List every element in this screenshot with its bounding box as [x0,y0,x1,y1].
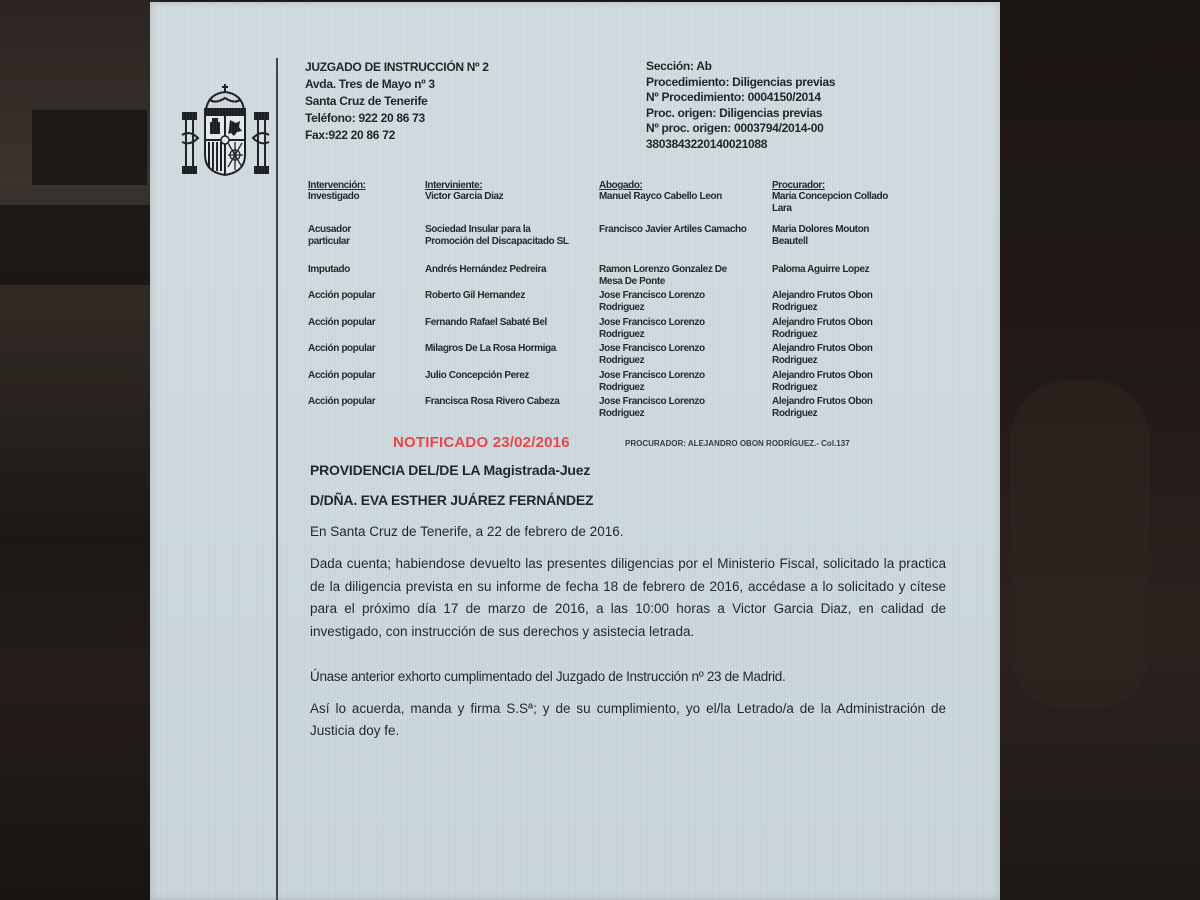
cell-abogado: Manuel Rayco Cabello Leon [599,191,772,214]
cell-intervencion: Acción popular [308,317,425,340]
parties-table-header: Intervención: Interviniente: Abogado: Pr… [308,180,908,192]
cell-interviniente: Roberto Gil Hernandez [425,290,599,313]
parties-table-row: Acción popularFernando Rafael Sabaté Bel… [308,317,892,340]
cell-interviniente: Victor Garcia Diaz [425,191,599,214]
column-header-intervencion: Intervención: [308,180,366,191]
background-right [1000,0,1200,900]
cell-intervencion: Imputado [308,264,425,287]
procurador-stamp: PROCURADOR: ALEJANDRO OBON RODRÍGUEZ.- C… [625,439,850,448]
cell-abogado: Jose Francisco Lorenzo Rodriguez [599,370,772,393]
cell-intervencion: Acción popular [308,396,425,419]
providencia-title: PROVIDENCIA DEL/DE LA Magistrada-Juez [310,462,590,478]
cell-procurador: Maria Dolores Mouton Beautell [772,224,892,247]
parties-table-row: Acción popularFrancisca Rosa Rivero Cabe… [308,396,892,419]
notified-stamp: NOTIFICADO 23/02/2016 [393,434,570,451]
parties-table-row: Acusador particularSociedad Insular para… [308,224,892,247]
cell-abogado: Francisco Javier Artiles Camacho [599,224,772,247]
paragraph-exhorto: Únase anterior exhorto cumplimentado del… [310,669,785,684]
margin-rule [276,58,278,900]
place-date: En Santa Cruz de Tenerife, a 22 de febre… [310,524,623,539]
case-procedure: Procedimiento: Diligencias previas [646,75,835,91]
background-shelf [0,205,160,285]
column-header-abogado: Abogado: [599,180,642,191]
case-info-block: Sección: Ab Procedimiento: Diligencias p… [646,59,835,152]
cell-abogado: Jose Francisco Lorenzo Rodriguez [599,396,772,419]
paragraph-closing: Así lo acuerda, manda y firma S.Sª; y de… [310,698,946,742]
cell-intervencion: Acusador particular [308,224,378,247]
cell-abogado: Jose Francisco Lorenzo Rodriguez [599,290,772,313]
cell-procurador: Alejandro Frutos Obon Rodriguez [772,370,892,393]
court-fax: Fax:922 20 86 72 [305,127,489,144]
column-header-procurador: Procurador: [772,180,825,191]
paragraph-citation: Dada cuenta; habiendose devuelto las pre… [310,553,946,643]
parties-table-row: Acción popularJulio Concepción PerezJose… [308,370,892,393]
court-address-block: JUZGADO DE INSTRUCCIÓN Nº 2 Avda. Tres d… [305,59,489,144]
column-header-interviniente: Interviniente: [425,180,482,191]
cell-interviniente: Milagros De La Rosa Hormiga [425,343,599,366]
parties-table-row: Acción popularRoberto Gil HernandezJose … [308,290,892,313]
cell-abogado: Jose Francisco Lorenzo Rodriguez [599,317,772,340]
background-left [0,0,160,900]
background-hand-reflection [1010,380,1150,710]
case-nig: 3803843220140021088 [646,137,835,153]
judge-name: D/DÑA. EVA ESTHER JUÁREZ FERNÁNDEZ [310,492,593,508]
cell-intervencion: Acción popular [308,290,425,313]
parties-table: Intervención: Interviniente: Abogado: Pr… [308,180,908,192]
case-section: Sección: Ab [646,59,835,75]
cell-interviniente: Andrés Hernández Pedreira [425,264,599,287]
cell-abogado: Jose Francisco Lorenzo Rodriguez [599,343,772,366]
case-origin: Proc. origen: Diligencias previas [646,106,835,122]
cell-abogado: Ramon Lorenzo Gonzalez De Mesa De Ponte [599,264,772,287]
coat-of-arms-of-spain-icon [178,80,273,185]
parties-table-row: Acción popularMilagros De La Rosa Hormig… [308,343,892,366]
cell-procurador: Paloma Aguirre Lopez [772,264,892,287]
court-city: Santa Cruz de Tenerife [305,93,489,110]
cell-procurador: Alejandro Frutos Obon Rodriguez [772,396,892,419]
case-origin-number: Nº proc. origen: 0003794/2014-00 [646,121,835,137]
court-street: Avda. Tres de Mayo nº 3 [305,76,489,93]
background-picture-frame [32,110,147,185]
cell-procurador: Alejandro Frutos Obon Rodriguez [772,343,892,366]
cell-interviniente: Francisca Rosa Rivero Cabeza [425,396,599,419]
cell-interviniente: Julio Concepción Perez [425,370,599,393]
cell-intervencion: Investigado [308,191,425,214]
parties-table-row: ImputadoAndrés Hernández PedreiraRamon L… [308,264,892,287]
cell-procurador: Alejandro Frutos Obon Rodriguez [772,290,892,313]
document-page: JUZGADO DE INSTRUCCIÓN Nº 2 Avda. Tres d… [150,2,1000,900]
cell-procurador: Maria Concepcion Collado Lara [772,191,892,214]
cell-procurador: Alejandro Frutos Obon Rodriguez [772,317,892,340]
cell-intervencion: Acción popular [308,370,425,393]
cell-interviniente: Sociedad Insular para la Promoción del D… [425,224,599,247]
court-phone: Teléfono: 922 20 86 73 [305,110,489,127]
case-procedure-number: Nº Procedimiento: 0004150/2014 [646,90,835,106]
court-name: JUZGADO DE INSTRUCCIÓN Nº 2 [305,59,489,76]
parties-table-row: InvestigadoVictor Garcia DiazManuel Rayc… [308,191,892,214]
cell-intervencion: Acción popular [308,343,425,366]
cell-interviniente: Fernando Rafael Sabaté Bel [425,317,599,340]
